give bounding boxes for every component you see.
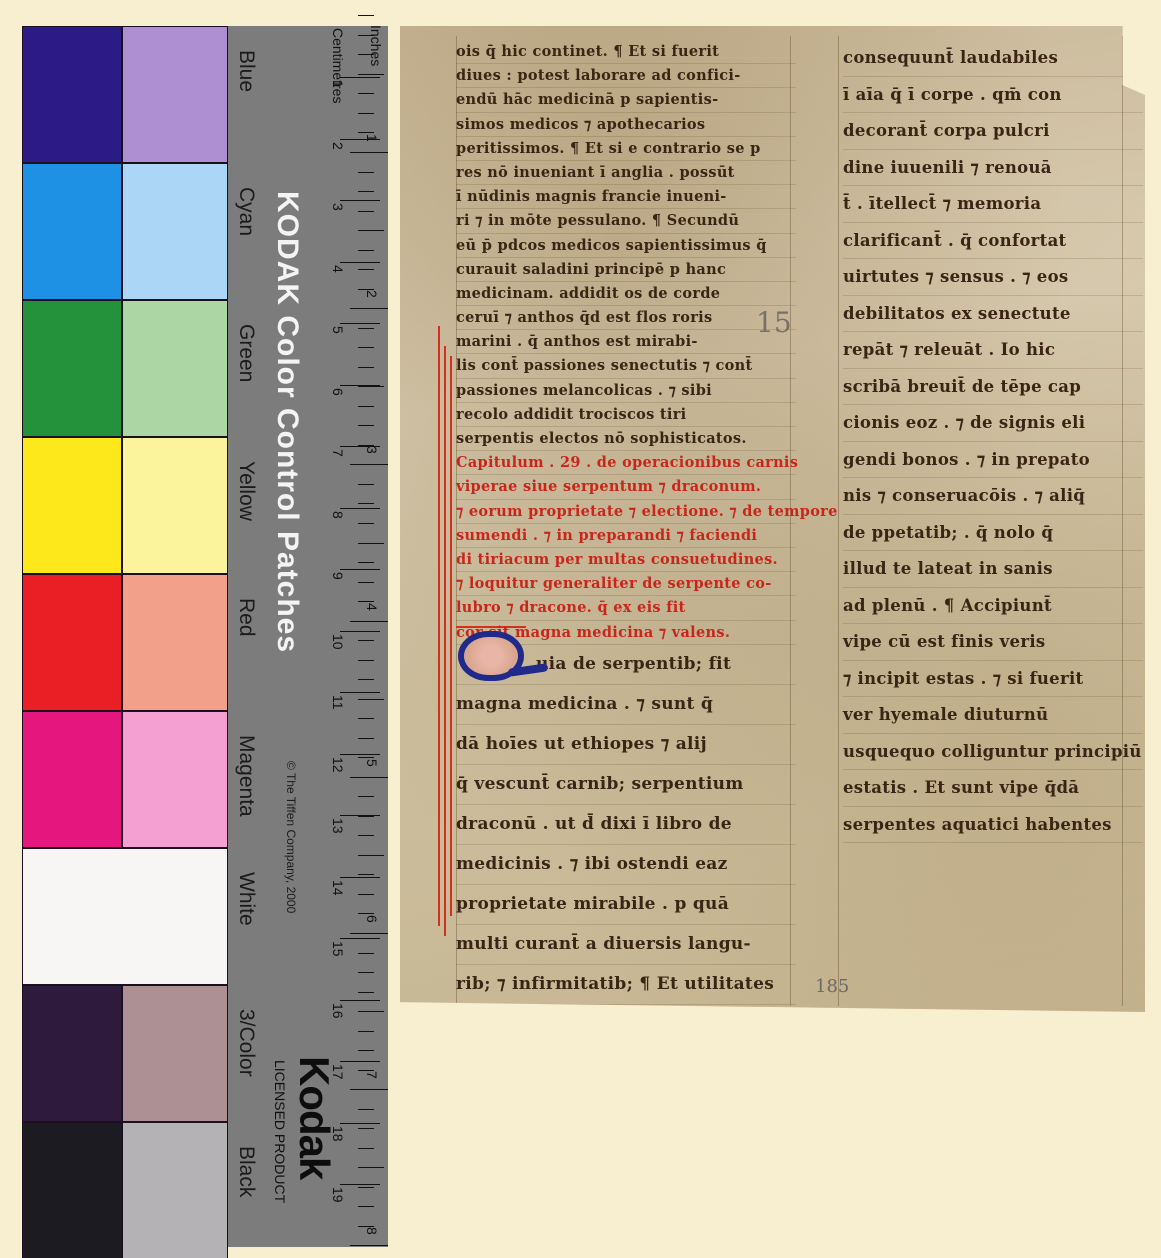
patch-green-dark (22, 300, 122, 437)
color-patches (22, 26, 228, 1247)
cm-mark: 13 (330, 818, 346, 834)
cm-mark: 8 (330, 511, 346, 519)
patch-label: Black (234, 1146, 258, 1197)
manuscript-line: diues : potest laborare ad confici- (456, 64, 796, 88)
patch-row-blue (22, 26, 228, 163)
patch-blue-light (122, 26, 228, 163)
margin-number-15: 15 (756, 306, 792, 339)
cm-mark: 9 (330, 572, 346, 580)
manuscript-line: de ppetatib; . q̄ nolo q̄ (843, 515, 1143, 552)
cm-mark: 5 (330, 326, 346, 334)
manuscript-line: uirtutes ⁊ sensus . ⁊ eos (843, 259, 1143, 296)
manuscript-line: serpentes aquatici habentes (843, 807, 1143, 844)
manuscript-line: nis ⁊ conseruacōis . ⁊ aliq̄ (843, 478, 1143, 515)
manuscript-line: lis cont̄ passiones senectutis ⁊ cont̄ (456, 354, 796, 378)
patch-label: Red (234, 598, 258, 637)
manuscript-line: curauit saladini principē p hanc (456, 258, 796, 282)
patch-label: Green (234, 324, 258, 382)
manuscript-line: ī nūdinis magnis francie inueni- (456, 185, 796, 209)
patch-green-light (122, 300, 228, 437)
manuscript-line: ad plenū . ¶ Accipiunt̄ (843, 588, 1143, 625)
patch-row-3-color (22, 985, 228, 1122)
rubric-line: ⁊ eorum proprietate ⁊ electione. ⁊ de te… (456, 500, 796, 524)
manuscript-line: medicinis . ⁊ ibi ostendi eaz (456, 845, 796, 885)
manuscript-line: decorant̄ corpa pulcri (843, 113, 1143, 150)
patch-blue-dark (22, 26, 122, 163)
cm-mark: 17 (330, 1064, 346, 1080)
cm-mark: 14 (330, 880, 346, 896)
patch-row-white (22, 848, 228, 985)
manuscript-line: multi curant̄ a diuersis langu- (456, 925, 796, 965)
rubric-line: sumendi . ⁊ in preparandi ⁊ faciendi (456, 524, 796, 548)
manuscript-line: dine iuuenili ⁊ renouā (843, 150, 1143, 187)
patch-label: White (234, 872, 258, 926)
manuscript-line: serpentis electos nō sophisticatos. (456, 427, 796, 451)
patch-red-dark (22, 574, 122, 711)
patch-row-magenta (22, 711, 228, 848)
cm-mark: 15 (330, 941, 346, 957)
patch-row-yellow (22, 437, 228, 574)
card-title: KODAK Color Control Patches (270, 191, 304, 653)
patch-3-color-light (122, 985, 228, 1122)
patch-label: Cyan (234, 187, 258, 236)
manuscript-line: medicinam. addidit os de corde (456, 282, 796, 306)
manuscript-line: proprietate mirabile . p quā (456, 885, 796, 925)
manuscript-line: res nō inueniant ī anglia . possūt (456, 161, 796, 185)
folio-number: 185 (815, 976, 849, 997)
licensed-product-text: LICENSED PRODUCT (272, 1060, 288, 1203)
patch-row-green (22, 300, 228, 437)
cm-mark: 19 (330, 1187, 346, 1203)
manuscript-line: ver hyemale diuturnū (843, 697, 1143, 734)
patch-red-light (122, 574, 228, 711)
manuscript-line: repāt ⁊ releuāt . Io hic (843, 332, 1143, 369)
manuscript-line: simos medicos ⁊ apothecarios (456, 113, 796, 137)
patch-label: Blue (234, 50, 258, 92)
inch-mark: 6 (364, 915, 380, 923)
manuscript-line: ī aīa q̄ ī corpe . qm̄ con (843, 77, 1143, 114)
manuscript-line: estatis . Et sunt vipe q̄dā (843, 770, 1143, 807)
patch-label: Yellow (234, 461, 258, 521)
patch-label: 3/Color (234, 1009, 258, 1077)
manuscript-line: consequunt̄ laudabiles (843, 40, 1143, 77)
cm-mark: 10 (330, 634, 346, 650)
inch-mark: 4 (364, 603, 380, 611)
cm-mark: 7 (330, 449, 346, 457)
rubric-line: Capitulum . 29 . de operacionibus carnis (456, 451, 796, 475)
patch-black-dark (22, 1122, 122, 1258)
manuscript-line: vipe cū est finis veris (843, 624, 1143, 661)
patch-magenta-light (122, 711, 228, 848)
manuscript-line: marini . q̄ anthos est mirabi- (456, 330, 796, 354)
right-column: consequunt̄ laudabilesī aīa q̄ ī corpe .… (843, 40, 1143, 843)
rubric-line: lubro ⁊ dracone. q̄ ex eis fit (456, 596, 796, 620)
manuscript-line: peritissimos. ¶ Et si e contrario se p (456, 137, 796, 161)
manuscript-line: illud te lateat in sanis (843, 551, 1143, 588)
cm-mark: 3 (330, 203, 346, 211)
manuscript-line: t̄ . ītellect̄ ⁊ memoria (843, 186, 1143, 223)
inch-mark: 3 (364, 446, 380, 454)
cm-mark: 2 (330, 142, 346, 150)
manuscript-line: endū hāc medicinā p sapientis- (456, 88, 796, 112)
rubric-line: di tiriacum per multas consuetudines. (456, 548, 796, 572)
cm-mark: 18 (330, 1126, 346, 1142)
color-control-card: BlueCyanGreenYellowRedMagentaWhite3/Colo… (22, 26, 388, 1247)
centimetres-label: Centimetres (330, 28, 346, 103)
manuscript-line: eū p̄ pdcos medicos sapientissimus q̄ (456, 234, 796, 258)
manuscript-line: usquequo colliguntur principiū (843, 734, 1143, 771)
cm-mark: 16 (330, 1003, 346, 1019)
manuscript-line: gendi bonos . ⁊ in prepato (843, 442, 1143, 479)
inch-mark: 5 (364, 759, 380, 767)
patch-row-cyan (22, 163, 228, 300)
inch-mark: 7 (364, 1071, 380, 1079)
manuscript-fragment: ois q̄ hic continet. ¶ Et si fueritdiues… (400, 26, 1145, 1012)
inch-mark: 8 (364, 1227, 380, 1235)
patch-white (22, 848, 228, 985)
patch-magenta-dark (22, 711, 122, 848)
manuscript-line: magna medicina . ⁊ sunt q̄ (456, 685, 796, 725)
manuscript-line: debilitatos ex senectute (843, 296, 1143, 333)
patch-black-light (122, 1122, 228, 1258)
copyright-text: © The Tiffen Company, 2000 (284, 761, 298, 913)
patch-row-red (22, 574, 228, 711)
patch-3-color-dark (22, 985, 122, 1122)
manuscript-line: rib; ⁊ infirmitatib; ¶ Et utilitates (456, 965, 796, 1005)
patch-label: Magenta (234, 735, 258, 817)
left-column: ois q̄ hic continet. ¶ Et si fueritdiues… (456, 40, 796, 1005)
patch-yellow-light (122, 437, 228, 574)
manuscript-line: passiones melancolicas . ⁊ sibi (456, 379, 796, 403)
manuscript-line: dā hoīes ut ethiopes ⁊ alij (456, 725, 796, 765)
patch-yellow-dark (22, 437, 122, 574)
manuscript-line: clarificant̄ . q̄ confortat (843, 223, 1143, 260)
manuscript-line: cionis eoz . ⁊ de signis eli (843, 405, 1143, 442)
manuscript-line: ois q̄ hic continet. ¶ Et si fuerit (456, 40, 796, 64)
rubric-line: ⁊ loquitur generaliter de serpente co- (456, 572, 796, 596)
cm-mark: 1 (330, 80, 346, 88)
manuscript-line: scribā breuit̄ de tēpe cap (843, 369, 1143, 406)
cm-mark: 4 (330, 265, 346, 273)
cm-mark: 12 (330, 757, 346, 773)
manuscript-line: draconū . ut d̄ dixi ī libro de (456, 805, 796, 845)
manuscript-line: recolo addidit trociscos tiri (456, 403, 796, 427)
manuscript-line: ri ⁊ in mōte pessulano. ¶ Secundū (456, 209, 796, 233)
patch-cyan-dark (22, 163, 122, 300)
manuscript-line: ⁊ incipit estas . ⁊ si fuerit (843, 661, 1143, 698)
manuscript-line: ceruī ⁊ anthos q̄d est flos roris (456, 306, 796, 330)
manuscript-line: q̄ vescunt̄ carnib; serpentium (456, 765, 796, 805)
inch-mark: 2 (364, 290, 380, 298)
cm-mark: 11 (330, 695, 346, 710)
rubric-line: viperae siue serpentum ⁊ draconum. (456, 475, 796, 499)
patch-row-black (22, 1122, 228, 1258)
inch-mark: 1 (364, 134, 380, 142)
cm-mark: 6 (330, 388, 346, 396)
patch-cyan-light (122, 163, 228, 300)
inches-label: Inches (368, 25, 384, 66)
ruler-strip: BlueCyanGreenYellowRedMagentaWhite3/Colo… (228, 26, 388, 1247)
